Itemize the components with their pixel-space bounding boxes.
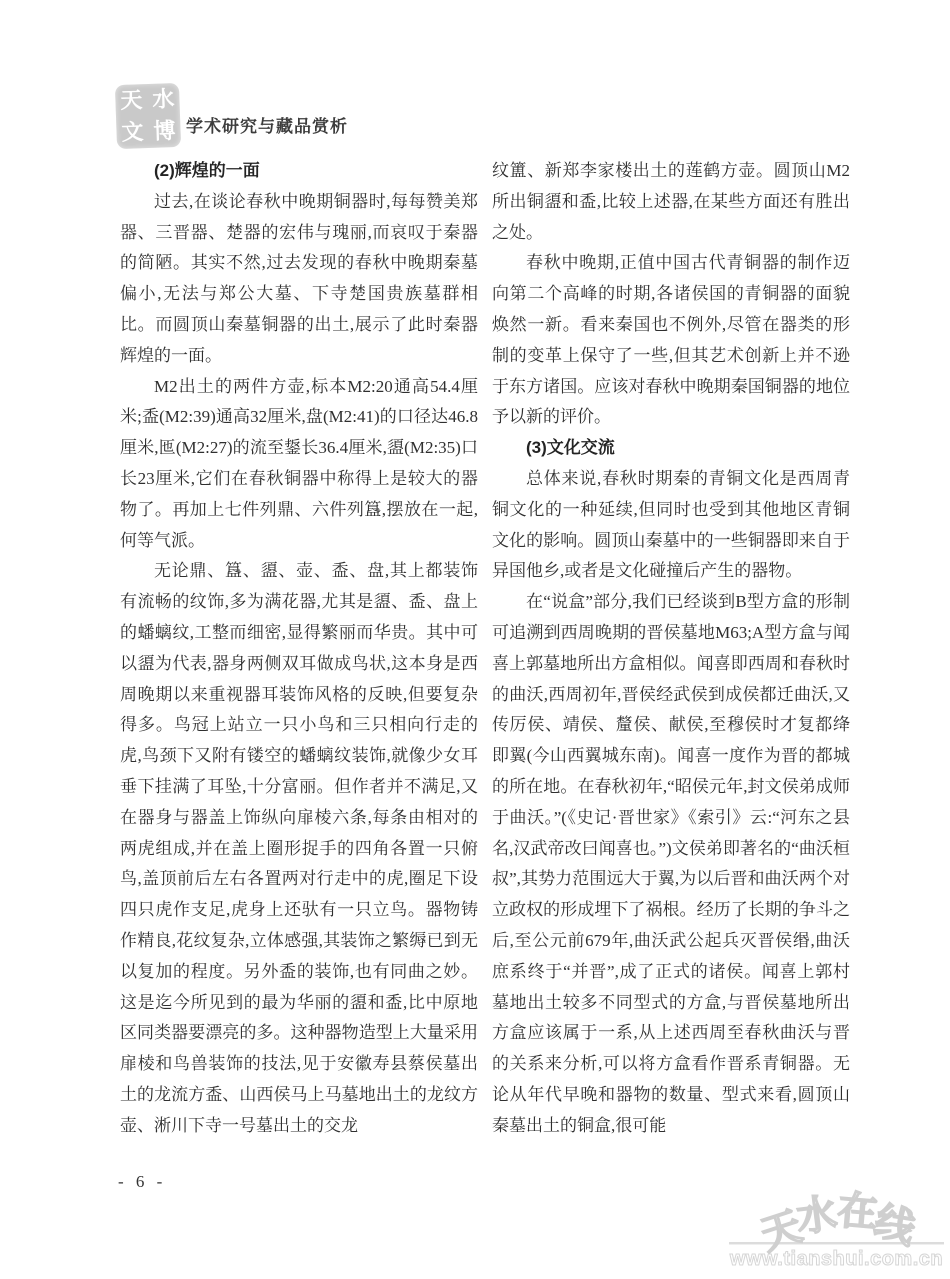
page: { "header": { "seal_chars": ["天", "水", "… xyxy=(0,0,950,1279)
section-heading: (2)辉煌的一面 xyxy=(120,156,478,187)
watermark-char: 水 xyxy=(794,1194,839,1239)
museum-seal-logo: 天水文博 xyxy=(115,83,181,149)
watermark-char: 在 xyxy=(835,1190,878,1233)
paragraph: 总体来说,春秋时期秦的青铜文化是西周青铜文化的一种延续,但同时也受到其他地区青铜… xyxy=(492,464,850,587)
page-number: - 6 - xyxy=(118,1172,166,1192)
watermark: 天水在线 www.tianshui.com.cn xyxy=(729,1198,944,1271)
paragraph: 过去,在谈论春秋中晚期铜器时,每每赞美郑器、三晋器、楚器的宏伟与瑰丽,而哀叹于秦… xyxy=(120,187,478,372)
paragraph: 无论鼎、簋、盨、壶、盉、盘,其上都装饰有流畅的纹饰,多为满花器,尤其是盨、盉、盘… xyxy=(120,556,478,1141)
column-right: 纹簠、新郑李家楼出土的莲鹤方壶。圆顶山M2所出铜盨和盉,比较上述器,在某些方面还… xyxy=(492,156,850,1142)
section-heading: (3)文化交流 xyxy=(492,433,850,464)
section-banner-label: 学术研究与藏品赏析 xyxy=(186,112,348,137)
paragraph: 在“说盒”部分,我们已经谈到B型方盒的形制可追溯到西周晚期的晋侯墓地M63;A型… xyxy=(492,587,850,1141)
paragraph: M2出土的两件方壶,标本M2:20通高54.4厘米;盉(M2:39)通高32厘米… xyxy=(120,372,478,557)
watermark-char: 天 xyxy=(756,1206,806,1256)
watermark-url: www.tianshui.com.cn xyxy=(729,1248,944,1271)
paragraph: 纹簠、新郑李家楼出土的莲鹤方壶。圆顶山M2所出铜盨和盉,比较上述器,在某些方面还… xyxy=(492,156,850,248)
watermark-underline xyxy=(729,1242,944,1245)
paragraph: 春秋中晚期,正值中国古代青铜器的制作迈向第二个高峰的时期,各诸侯国的青铜器的面貌… xyxy=(492,248,850,433)
column-left: (2)辉煌的一面过去,在谈论春秋中晚期铜器时,每每赞美郑器、三晋器、楚器的宏伟与… xyxy=(120,156,478,1142)
watermark-title: 天水在线 xyxy=(729,1198,944,1238)
watermark-char: 线 xyxy=(870,1201,919,1250)
seal-character: 水 xyxy=(152,88,175,111)
seal-character: 文 xyxy=(121,121,144,144)
seal-character: 天 xyxy=(120,89,143,112)
seal-character: 博 xyxy=(153,120,176,143)
